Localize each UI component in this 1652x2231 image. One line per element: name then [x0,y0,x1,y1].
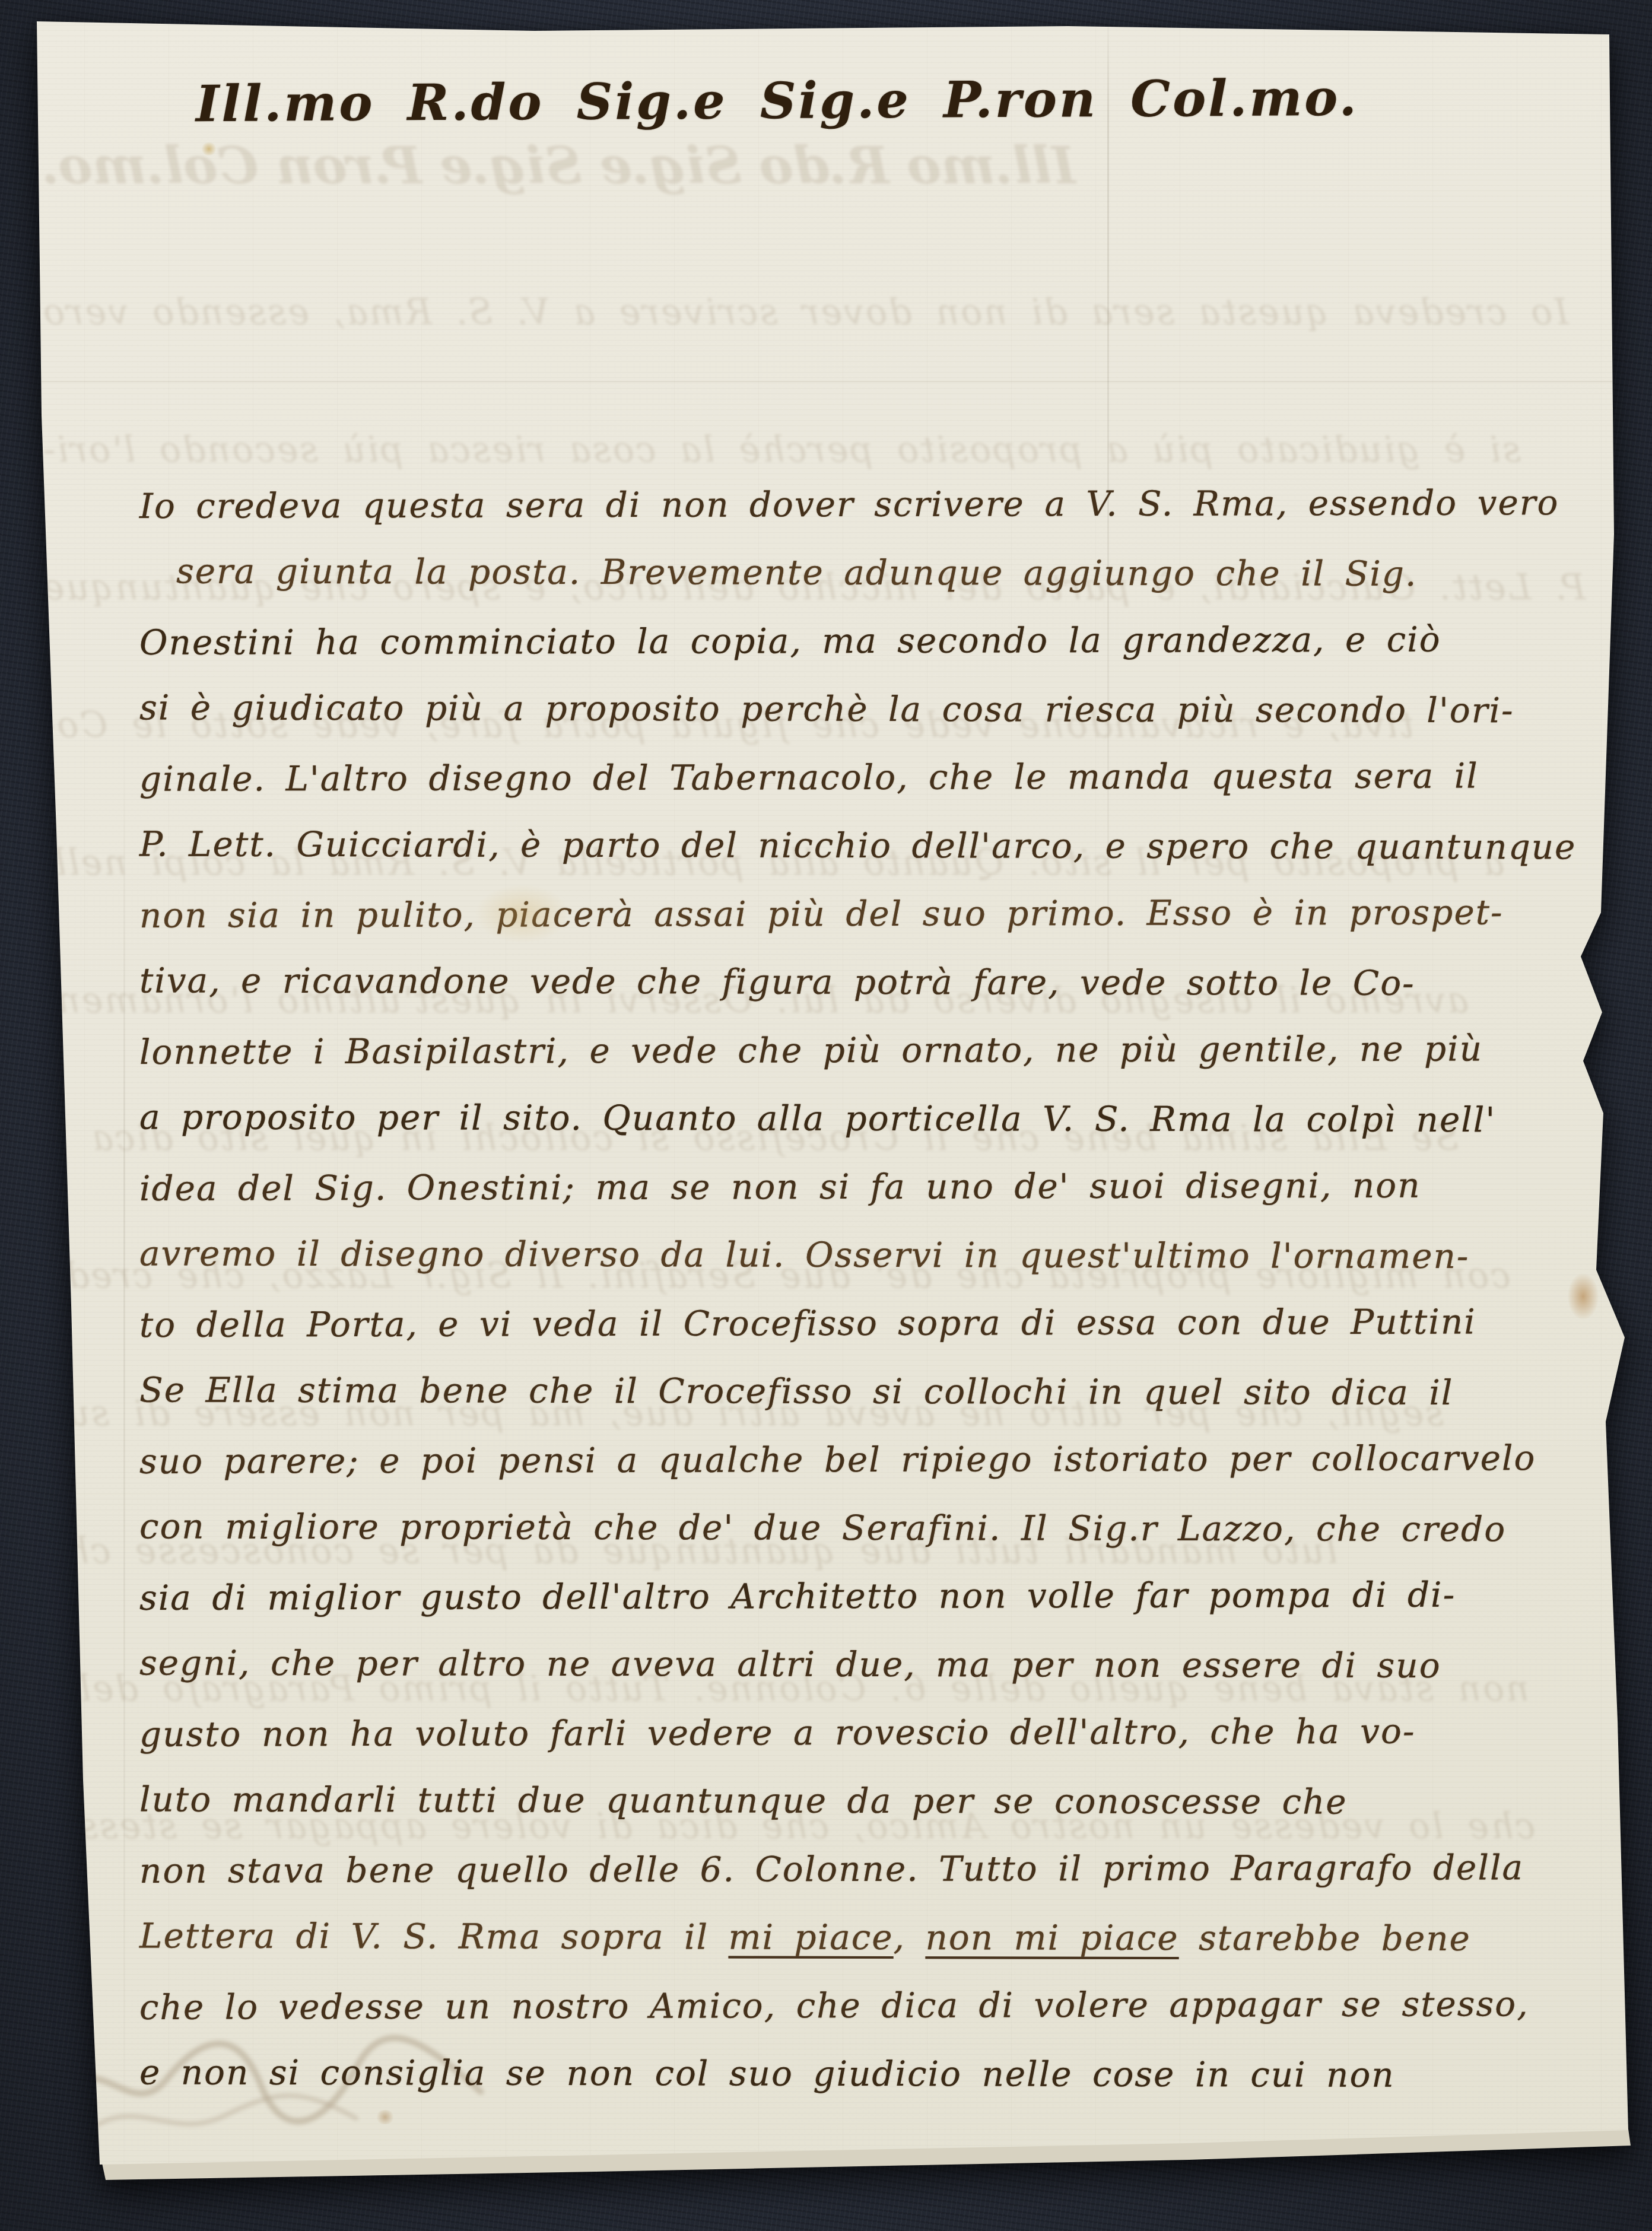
letter-sheet-wrapper: Ill.mo R.do Sig.e Sig.e P.ron Col.mo. Io… [0,0,1652,2231]
paper-edge-shading [0,0,1652,2231]
letter-page: Ill.mo R.do Sig.e Sig.e P.ron Col.mo. Io… [0,0,1652,2231]
photo-scene: { "scene": { "description": "manuscript … [0,0,1652,2231]
